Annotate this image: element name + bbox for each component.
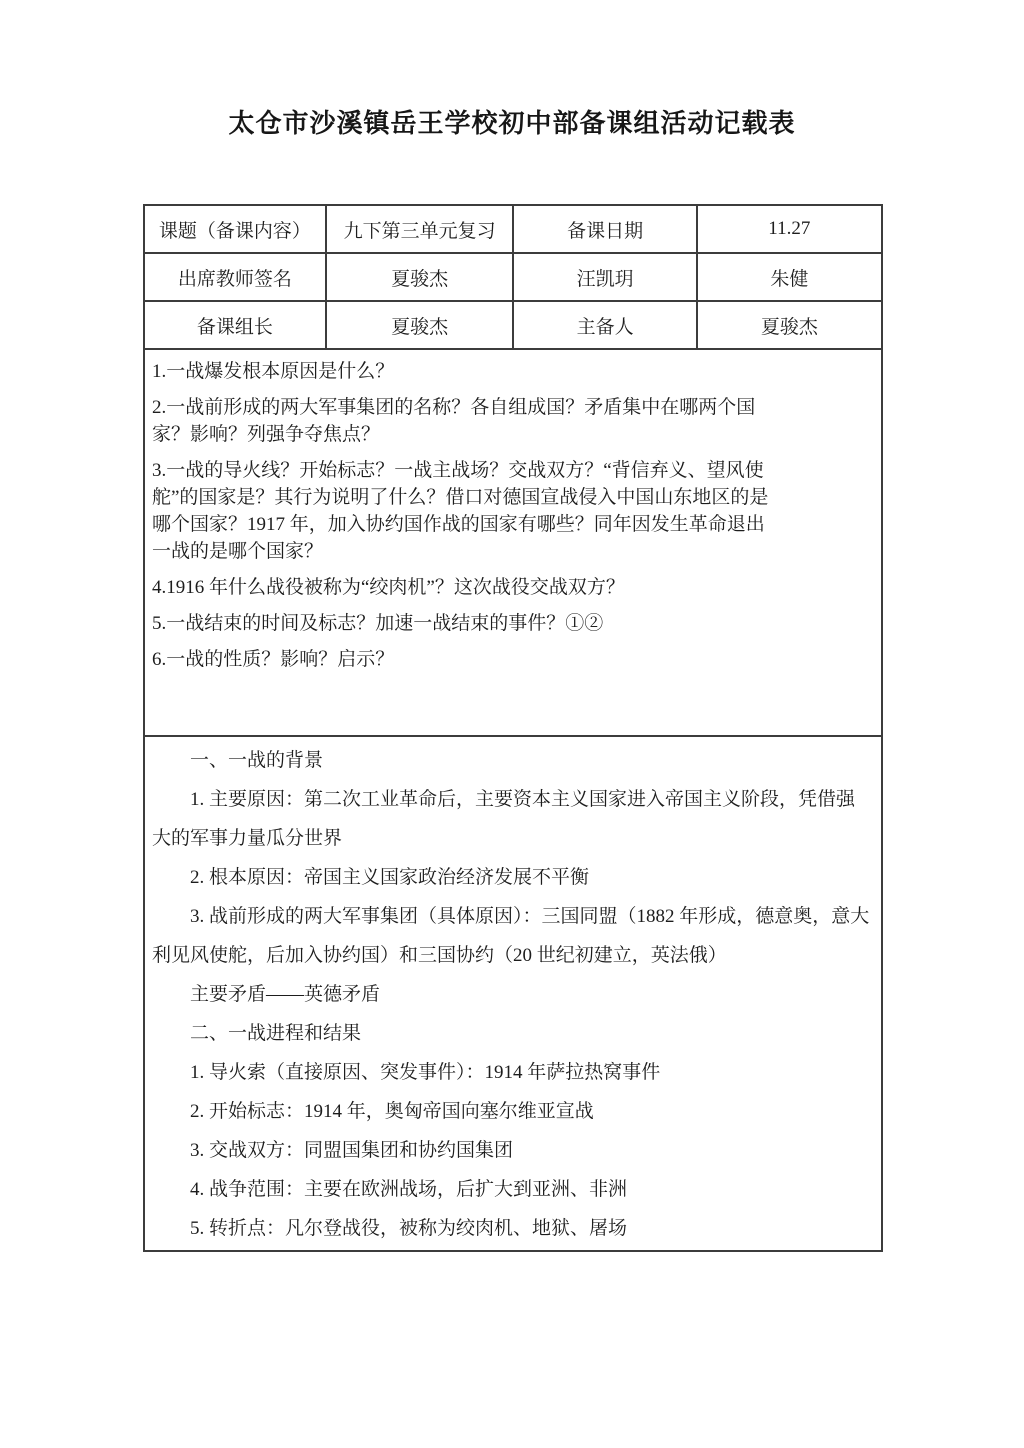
questions-cell: 1.一战爆发根本原因是什么？ 2.一战前形成的两大军事集团的名称？各自组成国？矛… <box>145 350 881 737</box>
cell-leader-value: 夏骏杰 <box>327 302 515 348</box>
cell-topic-value: 九下第三单元复习 <box>327 206 515 252</box>
note-line-7: 1. 导火索（直接原因、突发事件）：1914 年萨拉热窝事件 <box>152 1053 873 1092</box>
note-line-2: 1. 主要原因：第二次工业革命后，主要资本主义国家进入帝国主义阶段，凭借强大的军… <box>152 780 873 858</box>
question-item-5: 5.一战结束的时间及标志？加速一战结束的事件？①② <box>152 610 772 637</box>
note-line-11: 5. 转折点：凡尔登战役，被称为绞肉机、地狱、屠场 <box>152 1209 873 1248</box>
table-row-topic: 课题（备课内容） 九下第三单元复习 备课日期 11.27 <box>145 206 881 254</box>
question-item-3: 3.一战的导火线？开始标志？一战主战场？交战双方？“背信弃义、望风使舵”的国家是… <box>152 457 772 565</box>
note-line-4: 3. 战前形成的两大军事集团（具体原因）：三国同盟（1882 年形成，德意奥，意… <box>152 897 873 975</box>
note-line-8: 2. 开始标志：1914 年，奥匈帝国向塞尔维亚宣战 <box>152 1092 873 1131</box>
note-line-5: 主要矛盾——英德矛盾 <box>152 975 873 1014</box>
note-line-6: 二、一战进程和结果 <box>152 1014 873 1053</box>
page-title: 太仓市沙溪镇岳王学校初中部备课组活动记载表 <box>0 103 1024 140</box>
question-item-6: 6.一战的性质？影响？启示？ <box>152 646 772 673</box>
cell-date-label: 备课日期 <box>514 206 697 252</box>
cell-attendee-3: 朱健 <box>698 254 881 300</box>
note-line-9: 3. 交战双方：同盟国集团和协约国集团 <box>152 1131 873 1170</box>
cell-main-preparer-label: 主备人 <box>514 302 697 348</box>
cell-attendees-label: 出席教师签名 <box>145 254 327 300</box>
table-row-attendees: 出席教师签名 夏骏杰 汪凯玥 朱健 <box>145 254 881 302</box>
cell-main-preparer-value: 夏骏杰 <box>698 302 881 348</box>
question-item-2: 2.一战前形成的两大军事集团的名称？各自组成国？矛盾集中在哪两个国家？影响？列强… <box>152 394 772 448</box>
cell-attendee-1: 夏骏杰 <box>327 254 515 300</box>
cell-attendee-2: 汪凯玥 <box>514 254 697 300</box>
record-table: 课题（备课内容） 九下第三单元复习 备课日期 11.27 出席教师签名 夏骏杰 … <box>143 204 883 1252</box>
cell-leader-label: 备课组长 <box>145 302 327 348</box>
question-item-1: 1.一战爆发根本原因是什么？ <box>152 358 772 385</box>
notes-cell: 一、一战的背景 1. 主要原因：第二次工业革命后，主要资本主义国家进入帝国主义阶… <box>145 737 881 1250</box>
document-page: 太仓市沙溪镇岳王学校初中部备课组活动记载表 课题（备课内容） 九下第三单元复习 … <box>0 0 1024 1448</box>
table-row-leader: 备课组长 夏骏杰 主备人 夏骏杰 <box>145 302 881 350</box>
cell-date-value: 11.27 <box>698 206 881 252</box>
note-line-3: 2. 根本原因：帝国主义国家政治经济发展不平衡 <box>152 858 873 897</box>
cell-topic-label: 课题（备课内容） <box>145 206 327 252</box>
note-line-10: 4. 战争范围：主要在欧洲战场，后扩大到亚洲、非洲 <box>152 1170 873 1209</box>
note-line-1: 一、一战的背景 <box>152 741 873 780</box>
question-item-4: 4.1916 年什么战役被称为“绞肉机”？这次战役交战双方？ <box>152 574 772 601</box>
